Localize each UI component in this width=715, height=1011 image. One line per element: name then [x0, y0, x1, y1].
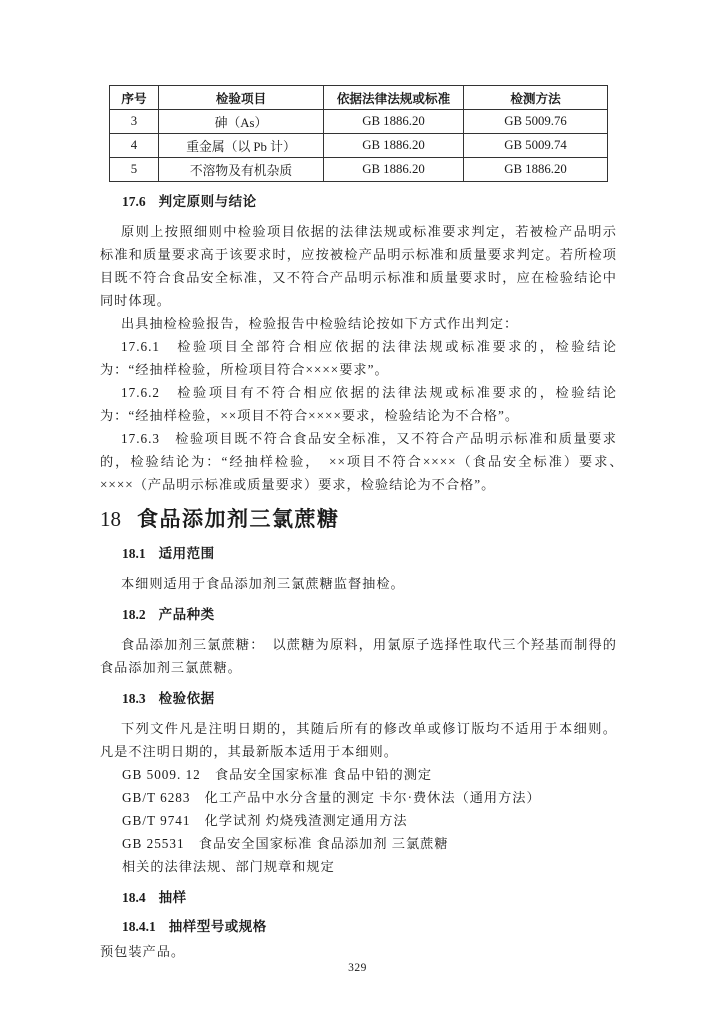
cell-basis: GB 1886.20: [324, 134, 464, 158]
section-number: 18.1: [122, 546, 146, 561]
prepackaged-product-paragraph: 预包装产品。: [100, 940, 617, 963]
cell-method: GB 1886.20: [464, 158, 608, 182]
reference-gb-25531: GB 25531 食品安全国家标准 食品添加剂 三氯蔗糖: [122, 832, 617, 855]
table-row: 4 重金属（以 Pb 计） GB 1886.20 GB 5009.74: [110, 134, 608, 158]
cell-item: 砷（As）: [159, 110, 324, 134]
col-header-method: 检测方法: [464, 86, 608, 110]
cell-item: 不溶物及有机杂质: [159, 158, 324, 182]
section-18-4-1-heading: 18.4.1抽样型号或规格: [122, 918, 617, 936]
section-number: 18.3: [122, 691, 146, 706]
table-row: 5 不溶物及有机杂质 GB 1886.20 GB 1886.20: [110, 158, 608, 182]
chapter-18-heading: 18食品添加剂三氯蔗糖: [100, 505, 617, 534]
cell-seq: 3: [110, 110, 159, 134]
cell-method: GB 5009.74: [464, 134, 608, 158]
table-row: 3 砷（As） GB 1886.20 GB 5009.76: [110, 110, 608, 134]
product-type-paragraph: 食品添加剂三氯蔗糖： 以蔗糖为原料，用氯原子选择性取代三个羟基而制得的食品添加剂…: [100, 633, 617, 679]
inspection-basis-intro: 下列文件凡是注明日期的，其随后所有的修改单或修订版均不适用于本细则。凡是不注明日…: [100, 717, 617, 763]
reference-gb-5009-12: GB 5009. 12 食品安全国家标准 食品中铅的测定: [122, 763, 617, 786]
document-page: 序号 检验项目 依据法律法规或标准 检测方法 3 砷（As） GB 1886.2…: [0, 0, 715, 1011]
cell-basis: GB 1886.20: [324, 158, 464, 182]
clause-17-6-2: 17.6.2 检验项目有不符合相应依据的法律法规或标准要求的，检验结论为：“经抽…: [100, 381, 617, 427]
section-number: 18.4: [122, 890, 146, 905]
reference-gbt-9741: GB/T 9741 化学试剂 灼烧残渣测定通用方法: [122, 809, 617, 832]
section-title: 抽样型号或规格: [169, 919, 267, 935]
inspection-items-table: 序号 检验项目 依据法律法规或标准 检测方法 3 砷（As） GB 1886.2…: [109, 85, 608, 182]
section-number: 17.6: [122, 194, 146, 209]
section-title: 抽样: [159, 890, 187, 906]
col-header-item: 检验项目: [159, 86, 324, 110]
chapter-number: 18: [100, 507, 121, 531]
col-header-basis: 依据法律法规或标准: [324, 86, 464, 110]
section-17-6-heading: 17.6判定原则与结论: [122, 193, 617, 211]
section-title: 适用范围: [159, 546, 215, 562]
page-number: 329: [0, 962, 715, 974]
judgment-principle-paragraph: 原则上按照细则中检验项目依据的法律法规或标准要求判定，若被检产品明示标准和质量要…: [100, 220, 617, 312]
clause-17-6-1: 17.6.1 检验项目全部符合相应依据的法律法规或标准要求的，检验结论为：“经抽…: [100, 335, 617, 381]
cell-basis: GB 1886.20: [324, 110, 464, 134]
report-conclusion-intro: 出具抽检检验报告，检验报告中检验结论按如下方式作出判定：: [100, 312, 617, 335]
section-18-3-heading: 18.3检验依据: [122, 690, 617, 708]
section-title: 检验依据: [159, 691, 215, 707]
cell-seq: 5: [110, 158, 159, 182]
cell-item: 重金属（以 Pb 计）: [159, 134, 324, 158]
section-number: 18.4.1: [122, 919, 156, 934]
clause-17-6-3: 17.6.3 检验项目既不符合食品安全标准，又不符合产品明示标准和质量要求的，检…: [100, 427, 617, 496]
section-18-1-heading: 18.1适用范围: [122, 545, 617, 563]
scope-paragraph: 本细则适用于食品添加剂三氯蔗糖监督抽检。: [100, 572, 617, 595]
cell-seq: 4: [110, 134, 159, 158]
section-18-2-heading: 18.2产品种类: [122, 606, 617, 624]
page-content: 序号 检验项目 依据法律法规或标准 检测方法 3 砷（As） GB 1886.2…: [100, 85, 617, 963]
section-title: 产品种类: [159, 607, 215, 623]
section-number: 18.2: [122, 607, 146, 622]
col-header-seq: 序号: [110, 86, 159, 110]
section-18-4-heading: 18.4抽样: [122, 889, 617, 907]
reference-gbt-6283: GB/T 6283 化工产品中水分含量的测定 卡尔·费休法（通用方法）: [122, 786, 617, 809]
chapter-title: 食品添加剂三氯蔗糖: [137, 507, 340, 531]
table-header-row: 序号 检验项目 依据法律法规或标准 检测方法: [110, 86, 608, 110]
section-title: 判定原则与结论: [159, 194, 257, 210]
reference-related-regulations: 相关的法律法规、部门规章和规定: [122, 855, 617, 878]
cell-method: GB 5009.76: [464, 110, 608, 134]
